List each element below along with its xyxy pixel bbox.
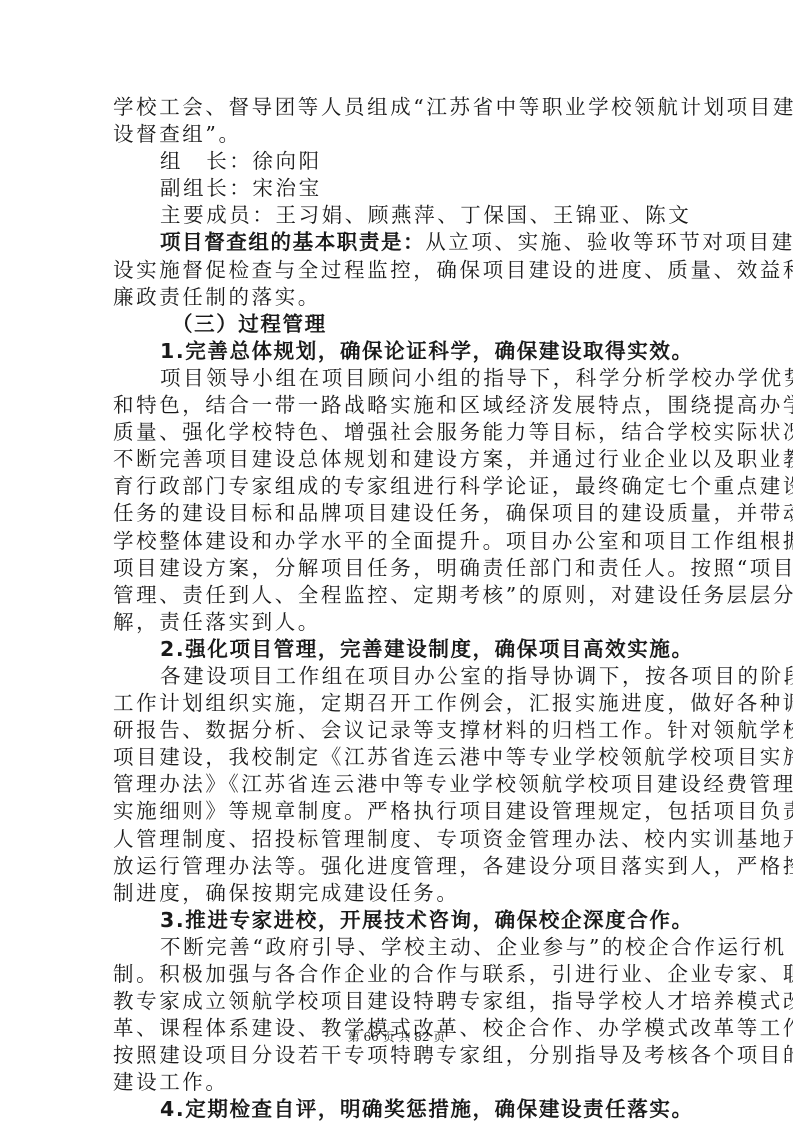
text-line: 副组长：宋治宝 — [113, 175, 681, 202]
text-line: 项目建设方案，分解项目任务，明确责任部门和责任人。按照“项目 — [113, 555, 681, 582]
bold-lead-in: 项目督查组的基本职责是： — [160, 230, 425, 254]
text-line: 项目督查组的基本职责是：从立项、实施、验收等环节对项目建 — [113, 229, 681, 256]
text-line: 放运行管理办法等。强化进度管理，各建设分项目落实到人，严格控 — [113, 853, 681, 880]
page-footer: 第 66 页 共 82 页 — [0, 1028, 793, 1045]
text-line: 实施细则》等规章制度。严格执行项目建设管理规定，包括项目负责 — [113, 798, 681, 825]
text-line: 教专家成立领航学校项目建设特聘专家组，指导学校人才培养模式改 — [113, 988, 681, 1015]
section-heading: （三）过程管理 — [113, 311, 681, 338]
text-line: 和特色，结合一带一路战略实施和区域经济发展特点，围绕提高办学 — [113, 392, 681, 419]
text-line: 制进度，确保按期完成建设任务。 — [113, 880, 681, 907]
text-line: 主要成员：王习娟、顾燕萍、丁保国、王锦亚、陈文 — [113, 202, 681, 229]
section-heading: 4.定期检查自评，明确奖惩措施，确保建设责任落实。 — [113, 1096, 681, 1122]
text-line: 质量、强化学校特色、增强社会服务能力等目标，结合学校实际状况， — [113, 419, 681, 446]
section-heading: 3.推进专家进校，开展技术咨询，确保校企深度合作。 — [113, 907, 681, 934]
text-line: 设督查组”。 — [113, 121, 681, 148]
text-line: 管理办法》《江苏省连云港中等专业学校领航学校项目建设经费管理 — [113, 771, 681, 798]
text-line: 不断完善项目建设总体规划和建设方案，并通过行业企业以及职业教 — [113, 446, 681, 473]
text-line: 人管理制度、招投标管理制度、专项资金管理办法、校内实训基地开 — [113, 826, 681, 853]
section-heading: 1.完善总体规划，确保论证科学，确保建设取得实效。 — [113, 338, 681, 365]
text-line: 设实施督促检查与全过程监控，确保项目建设的进度、质量、效益和 — [113, 257, 681, 284]
text-line: 学校整体建设和办学水平的全面提升。项目办公室和项目工作组根据 — [113, 528, 681, 555]
text-line: 管理、责任到人、全程监控、定期考核”的原则，对建设任务层层分 — [113, 582, 681, 609]
text-line: 制。积极加强与各合作企业的合作与联系，引进行业、企业专家、职 — [113, 961, 681, 988]
text-line: 不断完善“政府引导、学校主动、企业参与”的校企合作运行机 — [113, 934, 681, 961]
text-line: 工作计划组织实施，定期召开工作例会，汇报实施进度，做好各种调 — [113, 690, 681, 717]
text-line: 研报告、数据分析、会议记录等支撑材料的归档工作。针对领航学校 — [113, 717, 681, 744]
text-line: 育行政部门专家组成的专家组进行科学论证，最终确定七个重点建设 — [113, 473, 681, 500]
text-line: 各建设项目工作组在项目办公室的指导协调下，按各项目的阶段 — [113, 663, 681, 690]
text-line: 建设工作。 — [113, 1069, 681, 1096]
text-line: 项目建设，我校制定《江苏省连云港中等专业学校领航学校项目实施 — [113, 744, 681, 771]
section-heading: 2.强化项目管理，完善建设制度，确保项目高效实施。 — [113, 636, 681, 663]
text-line: 任务的建设目标和品牌项目建设任务，确保项目的建设质量，并带动 — [113, 500, 681, 527]
text-line: 按照建设项目分设若干专项特聘专家组，分别指导及考核各个项目的 — [113, 1042, 681, 1069]
line-text: 从立项、实施、验收等环节对项目建 — [425, 230, 793, 254]
document-page-body: 学校工会、督导团等人员组成“江苏省中等职业学校领航计划项目建设督查组”。组 长：… — [113, 94, 681, 1122]
text-line: 项目领导小组在项目顾问小组的指导下，科学分析学校办学优势 — [113, 365, 681, 392]
text-line: 解，责任落实到人。 — [113, 609, 681, 636]
text-line: 组 长：徐向阳 — [113, 148, 681, 175]
text-line: 学校工会、督导团等人员组成“江苏省中等职业学校领航计划项目建 — [113, 94, 681, 121]
text-line: 廉政责任制的落实。 — [113, 284, 681, 311]
